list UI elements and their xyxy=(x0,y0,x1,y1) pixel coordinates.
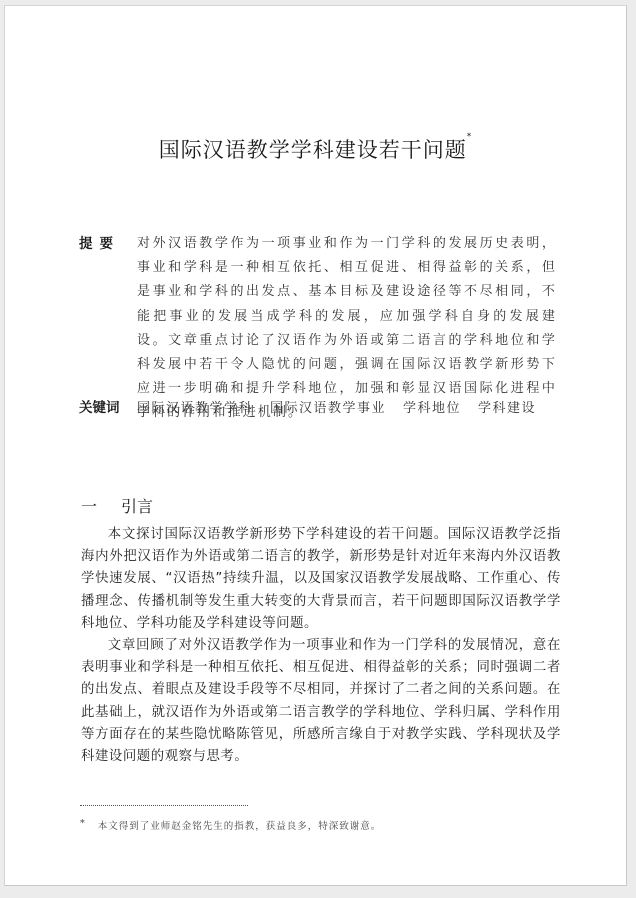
keyword: 国际汉语教学事业 xyxy=(270,397,386,416)
keyword: 学科地位 xyxy=(403,397,461,416)
footnote: * 本文得到了业师赵金铭先生的指教，获益良多，特深致谢意。 xyxy=(80,818,381,832)
section-number: 一 xyxy=(81,494,97,517)
paragraph: 本文探讨国际汉语教学新形势下学科建设的若干问题。国际汉语教学泛指海内外把汉语作为… xyxy=(81,524,561,635)
paper-title: 国际汉语教学学科建设若干问题* xyxy=(5,134,626,164)
footnote-divider xyxy=(80,805,248,806)
abstract-label: 提要 xyxy=(79,232,120,256)
footnote-text: 本文得到了业师赵金铭先生的指教，获益良多，特深致谢意。 xyxy=(98,818,382,832)
footnote-mark: * xyxy=(80,818,86,832)
keyword: 学科建设 xyxy=(478,397,536,416)
keywords-row: 关键词 国际汉语教学学科 国际汉语教学事业 学科地位 学科建设 xyxy=(79,396,536,416)
title-text: 国际汉语教学学科建设若干问题 xyxy=(159,138,467,162)
keyword: 国际汉语教学学科 xyxy=(137,397,253,416)
section-heading: 一 引言 xyxy=(81,494,153,517)
paragraph: 文章回顾了对外汉语教学作为一项事业和作为一门学科的发展情况，意在表明事业和学科是… xyxy=(81,635,561,768)
keywords-label: 关键词 xyxy=(79,396,137,416)
section-title: 引言 xyxy=(121,494,153,517)
keywords-list: 国际汉语教学学科 国际汉语教学事业 学科地位 学科建设 xyxy=(137,397,536,416)
section-body: 本文探讨国际汉语教学新形势下学科建设的若干问题。国际汉语教学泛指海内外把汉语作为… xyxy=(81,524,561,768)
title-footnote-mark: * xyxy=(467,132,473,142)
